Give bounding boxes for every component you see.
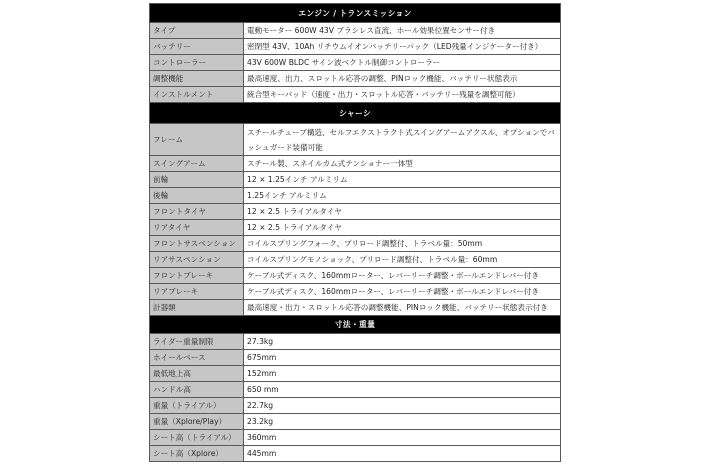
row-label: リアサスペンション xyxy=(150,252,244,268)
row-value: ケーブル式ディスク、160mmローター、レバーリーチ調整・ボールエンドレバー付き xyxy=(244,284,561,300)
row-label: スイングアーム xyxy=(150,156,244,172)
table-row: タイプ 電動モーター 600W 43V ブラシレス直流、ホール効果位置センサー付… xyxy=(150,23,561,39)
table-row: フロントサスペンション コイルスプリングフォーク、プリロード調整付、トラベル量：… xyxy=(150,236,561,252)
row-value: 最高速度、出力、スロットル応答の調整、PINロック機能、バッテリー状態表示 xyxy=(244,71,561,87)
section-header-chassis: シャーシ xyxy=(150,103,561,124)
row-label: フロントタイヤ xyxy=(150,204,244,220)
table-row: フロントタイヤ 12 × 2.5 トライアルタイヤ xyxy=(150,204,561,220)
table-row: リアブレーキ ケーブル式ディスク、160mmローター、レバーリーチ調整・ボールエ… xyxy=(150,284,561,300)
row-label: 調整機能 xyxy=(150,71,244,87)
table-row: リアサスペンション コイルスプリングモノショック、プリロード調整付、トラベル量：… xyxy=(150,252,561,268)
row-value: 22.7kg xyxy=(244,398,561,414)
section-header-dimensions: 寸法・重量 xyxy=(150,316,561,334)
table-row: フロントブレーキ ケーブル式ディスク、160mmローター、レバーリーチ調整・ボー… xyxy=(150,268,561,284)
row-value: 360mm xyxy=(244,430,561,446)
row-label: リアタイヤ xyxy=(150,220,244,236)
row-label: シート高（トライアル） xyxy=(150,430,244,446)
row-value: 152mm xyxy=(244,366,561,382)
table-row: 後輪 1.25インチ アルミリム xyxy=(150,188,561,204)
row-value: スチール製、スネイルカム式テンショナー一体型 xyxy=(244,156,561,172)
row-label: フロントサスペンション xyxy=(150,236,244,252)
section-title: 寸法・重量 xyxy=(150,316,561,334)
row-value: 1.25インチ アルミリム xyxy=(244,188,561,204)
row-value: 23.2kg xyxy=(244,414,561,430)
row-label: 後輪 xyxy=(150,188,244,204)
table-row: 重量（トライアル） 22.7kg xyxy=(150,398,561,414)
row-label: ライダー重量制限 xyxy=(150,334,244,350)
table-row: スイングアーム スチール製、スネイルカム式テンショナー一体型 xyxy=(150,156,561,172)
row-label: 前輪 xyxy=(150,172,244,188)
row-label: インストルメント xyxy=(150,87,244,103)
section-title: エンジン / トランスミッション xyxy=(150,4,561,23)
row-label: リアブレーキ xyxy=(150,284,244,300)
row-value: 12 × 1.25インチ アルミリム xyxy=(244,172,561,188)
table-row: 計器類 最高速度・出力・スロットル応答の調整機能、PINロック機能、バッテリー状… xyxy=(150,300,561,316)
section-title: シャーシ xyxy=(150,103,561,124)
row-value: 27.3kg xyxy=(244,334,561,350)
table-row: 調整機能 最高速度、出力、スロットル応答の調整、PINロック機能、バッテリー状態… xyxy=(150,71,561,87)
spec-table: エンジン / トランスミッション タイプ 電動モーター 600W 43V ブラシ… xyxy=(149,3,561,462)
row-value: スチールチューブ構造、セルフエクストラクト式スイングアームアクスル、オプションで… xyxy=(244,124,561,156)
row-label: フレーム xyxy=(150,124,244,156)
table-row: シート高（トライアル） 360mm xyxy=(150,430,561,446)
row-label: 最低地上高 xyxy=(150,366,244,382)
table-row: バッテリー 密閉型 43V、10Ah リチウムイオンバッテリーパック（LED残量… xyxy=(150,39,561,55)
table-row: 前輪 12 × 1.25インチ アルミリム xyxy=(150,172,561,188)
section-header-engine: エンジン / トランスミッション xyxy=(150,4,561,23)
table-row: インストルメント 統合型キーパッド（速度・出力・スロットル応答・バッテリー残量を… xyxy=(150,87,561,103)
row-label: バッテリー xyxy=(150,39,244,55)
row-value: 12 × 2.5 トライアルタイヤ xyxy=(244,204,561,220)
row-label: ホイールベース xyxy=(150,350,244,366)
row-value: 650 mm xyxy=(244,382,561,398)
row-value: 統合型キーパッド（速度・出力・スロットル応答・バッテリー残量を調整可能） xyxy=(244,87,561,103)
table-row: 最低地上高 152mm xyxy=(150,366,561,382)
row-label: 重量（トライアル） xyxy=(150,398,244,414)
row-value: 最高速度・出力・スロットル応答の調整機能、PINロック機能、バッテリー状態表示付… xyxy=(244,300,561,316)
row-value: 445mm xyxy=(244,446,561,462)
row-label: 計器類 xyxy=(150,300,244,316)
row-value: コイルスプリングフォーク、プリロード調整付、トラベル量：50mm xyxy=(244,236,561,252)
row-value: コイルスプリングモノショック、プリロード調整付、トラベル量：60mm xyxy=(244,252,561,268)
row-label: ハンドル高 xyxy=(150,382,244,398)
row-value: 675mm xyxy=(244,350,561,366)
row-label: タイプ xyxy=(150,23,244,39)
row-value: ケーブル式ディスク、160mmローター、レバーリーチ調整・ボールエンドレバー付き xyxy=(244,268,561,284)
row-value: 43V 600W BLDC サイン波ベクトル制御コントローラー xyxy=(244,55,561,71)
row-label: シート高（Xplore） xyxy=(150,446,244,462)
row-value: 密閉型 43V、10Ah リチウムイオンバッテリーパック（LED残量インジケータ… xyxy=(244,39,561,55)
row-label: 重量（Xplore/Play） xyxy=(150,414,244,430)
table-row: シート高（Xplore） 445mm xyxy=(150,446,561,462)
table-row: フレーム スチールチューブ構造、セルフエクストラクト式スイングアームアクスル、オ… xyxy=(150,124,561,156)
table-row: コントローラー 43V 600W BLDC サイン波ベクトル制御コントローラー xyxy=(150,55,561,71)
row-value: 12 × 2.5 トライアルタイヤ xyxy=(244,220,561,236)
table-row: ハンドル高 650 mm xyxy=(150,382,561,398)
table-row: リアタイヤ 12 × 2.5 トライアルタイヤ xyxy=(150,220,561,236)
row-label: コントローラー xyxy=(150,55,244,71)
table-row: 重量（Xplore/Play） 23.2kg xyxy=(150,414,561,430)
row-value: 電動モーター 600W 43V ブラシレス直流、ホール効果位置センサー付き xyxy=(244,23,561,39)
row-label: フロントブレーキ xyxy=(150,268,244,284)
table-row: ホイールベース 675mm xyxy=(150,350,561,366)
table-row: ライダー重量制限 27.3kg xyxy=(150,334,561,350)
